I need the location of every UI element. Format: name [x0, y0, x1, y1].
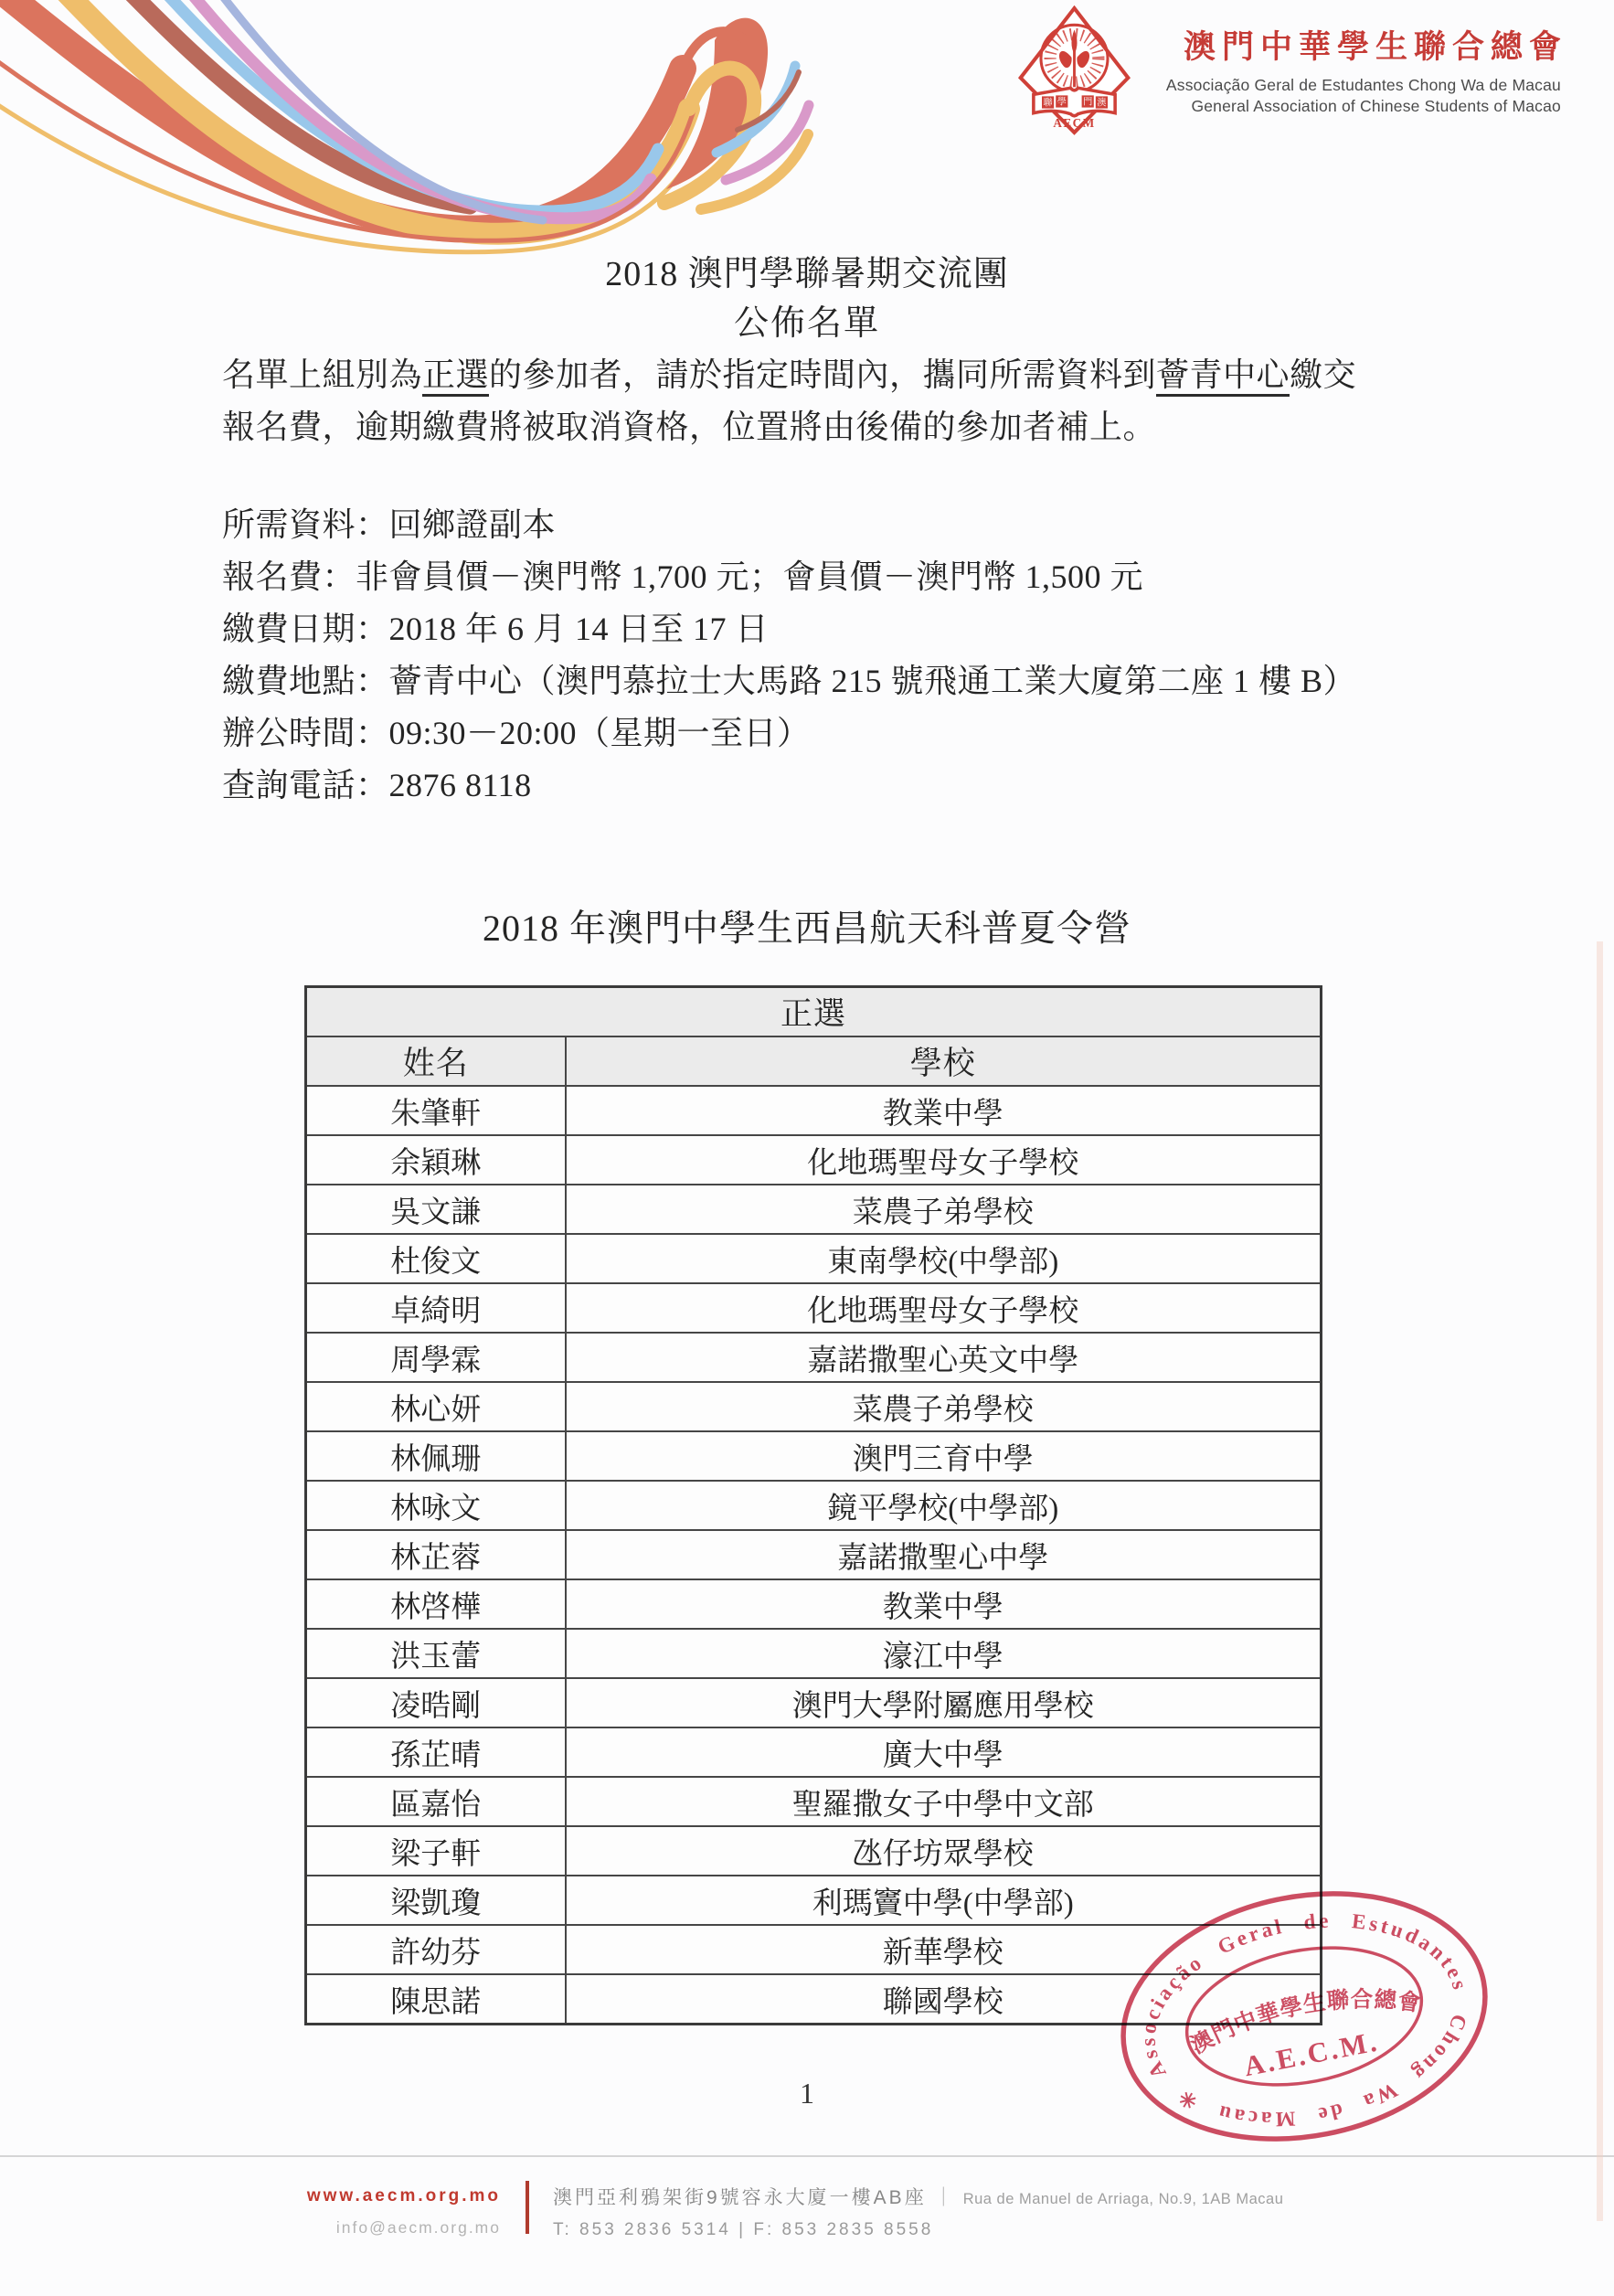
intro-text: 名單上組別為	[222, 356, 422, 393]
student-name-cell: 林咏文	[306, 1481, 566, 1530]
roster-table-container: 正選 姓名 學校 朱肇軒 教業中學 余穎琳 化地瑪聖母女子學校 吳文謙 菜農子弟…	[304, 985, 1322, 2025]
student-name-cell: 區嘉怡	[306, 1777, 566, 1826]
detail-office-hours: 辦公時間：09:30－20:00（星期一至日）	[222, 707, 1356, 760]
details-list: 所需資料：回鄉證副本 報名費：非會員價－澳門幣 1,700 元；會員價－澳門幣 …	[222, 499, 1356, 812]
footer-right-block: 澳門亞利鴉架街9號容永大廈一樓AB座｜Rua de Manuel de Arri…	[553, 2183, 1283, 2240]
detail-enquiry-phone: 查詢電話：2876 8118	[222, 760, 1356, 812]
footer-address-separator: ｜	[934, 2187, 956, 2208]
school-cell: 廣大中學	[566, 1727, 1322, 1777]
roster-row: 區嘉怡 聖羅撒女子中學中文部	[306, 1777, 1322, 1826]
detail-fee: 報名費：非會員價－澳門幣 1,700 元；會員價－澳門幣 1,500 元	[222, 551, 1356, 603]
scan-artifact-edge-strip	[1597, 941, 1603, 2221]
roster-row: 林咏文 鏡平學校(中學部)	[306, 1481, 1322, 1530]
roster-row: 梁子軒 氹仔坊眾學校	[306, 1826, 1322, 1876]
school-cell: 化地瑪聖母女子學校	[566, 1135, 1322, 1185]
roster-row: 林芷蓉 嘉諾撒聖心中學	[306, 1530, 1322, 1579]
school-cell: 澳門大學附屬應用學校	[566, 1678, 1322, 1727]
document-page: 聯 學 門 澳 AECM 澳門中華學生聯合總會 Associação Geral…	[0, 0, 1614, 2296]
roster-row: 余穎琳 化地瑪聖母女子學校	[306, 1135, 1322, 1185]
student-name-cell: 林芷蓉	[306, 1530, 566, 1579]
intro-line-1: 名單上組別為正選的參加者，請於指定時間內，攜同所需資料到薈青中心繳交	[222, 349, 1419, 401]
school-cell: 菜農子弟學校	[566, 1382, 1322, 1431]
school-cell: 濠江中學	[566, 1629, 1322, 1678]
school-cell: 嘉諾撒聖心中學	[566, 1530, 1322, 1579]
document-subtitle: 公佈名單	[0, 294, 1614, 345]
student-name-cell: 朱肇軒	[306, 1086, 566, 1135]
student-name-cell: 林佩珊	[306, 1431, 566, 1481]
roster-row: 林佩珊 澳門三育中學	[306, 1431, 1322, 1481]
intro-text: 繳交	[1290, 356, 1356, 393]
decorative-ribbons-graphic	[0, 0, 826, 272]
school-cell: 菜農子弟學校	[566, 1185, 1322, 1234]
detail-payment-location: 繳費地點：薈青中心（澳門慕拉士大馬路 215 號飛通工業大廈第二座 1 樓 B）	[222, 655, 1356, 707]
student-name-cell: 梁凱瓊	[306, 1876, 566, 1925]
intro-text: 的參加者，請於指定時間內，攜同所需資料到	[489, 356, 1156, 393]
student-name-cell: 凌晧剛	[306, 1678, 566, 1727]
school-cell: 教業中學	[566, 1086, 1322, 1135]
school-cell: 聖羅撒女子中學中文部	[566, 1777, 1322, 1826]
table-group-header-row: 正選	[306, 987, 1322, 1037]
school-cell: 鏡平學校(中學部)	[566, 1481, 1322, 1530]
footer-left-block: www.aecm.org.mo info@aecm.org.mo	[0, 2186, 501, 2238]
student-name-cell: 杜俊文	[306, 1234, 566, 1283]
roster-table-body: 朱肇軒 教業中學 余穎琳 化地瑪聖母女子學校 吳文謙 菜農子弟學校 杜俊文 東南…	[306, 1086, 1322, 2025]
footer-address-line: 澳門亞利鴉架街9號容永大廈一樓AB座｜Rua de Manuel de Arri…	[553, 2183, 1283, 2210]
scan-artifact-line	[0, 2155, 1614, 2157]
student-name-cell: 梁子軒	[306, 1826, 566, 1876]
school-cell: 教業中學	[566, 1579, 1322, 1629]
roster-row: 朱肇軒 教業中學	[306, 1086, 1322, 1135]
roster-row: 卓綺明 化地瑪聖母女子學校	[306, 1283, 1322, 1333]
student-name-cell: 孫芷晴	[306, 1727, 566, 1777]
document-title: 2018 澳門學聯暑期交流團	[0, 245, 1614, 295]
student-name-cell: 余穎琳	[306, 1135, 566, 1185]
aecm-logo: 聯 學 門 澳 AECM	[1016, 5, 1133, 135]
org-name-block: 澳門中華學生聯合總會 Associação Geral de Estudante…	[1166, 22, 1561, 116]
student-name-cell: 吳文謙	[306, 1185, 566, 1234]
svg-text:學: 學	[1057, 97, 1067, 108]
svg-text:聯: 聯	[1044, 98, 1054, 109]
roster-row: 林啓樺 教業中學	[306, 1579, 1322, 1629]
intro-line-2: 報名費，逾期繳費將被取消資格，位置將由後備的參加者補上。	[222, 401, 1419, 453]
group-header-cell: 正選	[306, 987, 1322, 1037]
school-cell: 東南學校(中學部)	[566, 1234, 1322, 1283]
footer-divider	[526, 2181, 529, 2234]
footer-phone-line: T: 853 2836 5314 | F: 853 2835 8558	[553, 2220, 1283, 2240]
roster-row: 林心妍 菜農子弟學校	[306, 1382, 1322, 1431]
roster-row: 吳文謙 菜農子弟學校	[306, 1185, 1322, 1234]
student-name-cell: 周學霖	[306, 1333, 566, 1382]
logo-acronym-text: AECM	[1053, 116, 1095, 130]
student-name-cell: 卓綺明	[306, 1283, 566, 1333]
intro-underlined-huiqing-center: 薈青中心	[1156, 356, 1290, 397]
footer-email-link[interactable]: info@aecm.org.mo	[0, 2218, 501, 2238]
table-column-header-row: 姓名 學校	[306, 1036, 1322, 1086]
intro-paragraph: 名單上組別為正選的參加者，請於指定時間內，攜同所需資料到薈青中心繳交 報名費，逾…	[222, 349, 1419, 453]
school-cell: 澳門三育中學	[566, 1431, 1322, 1481]
student-name-cell: 洪玉蕾	[306, 1629, 566, 1678]
roster-row: 洪玉蕾 濠江中學	[306, 1629, 1322, 1678]
svg-text:澳: 澳	[1097, 97, 1106, 109]
roster-row: 孫芷晴 廣大中學	[306, 1727, 1322, 1777]
roster-row: 杜俊文 東南學校(中學部)	[306, 1234, 1322, 1283]
camp-section-title: 2018 年澳門中學生西昌航天科普夏令營	[0, 899, 1614, 951]
org-name-chinese: 澳門中華學生聯合總會	[1166, 22, 1567, 68]
footer-website-link[interactable]: www.aecm.org.mo	[0, 2186, 501, 2206]
student-name-cell: 陳思諾	[306, 1974, 566, 2025]
column-header-school: 學校	[566, 1036, 1322, 1086]
org-name-english: General Association of Chinese Students …	[1166, 97, 1561, 116]
student-name-cell: 許幼芬	[306, 1925, 566, 1974]
footer-address-english: Rua de Manuel de Arriaga, No.9, 1AB Maca…	[963, 2191, 1284, 2207]
stamp-acronym: A.E.C.M.	[1241, 2025, 1382, 2082]
intro-underlined-zhengxuan: 正選	[422, 356, 489, 397]
detail-required-documents: 所需資料：回鄉證副本	[222, 499, 1356, 551]
school-cell: 氹仔坊眾學校	[566, 1826, 1322, 1876]
roster-table: 正選 姓名 學校 朱肇軒 教業中學 余穎琳 化地瑪聖母女子學校 吳文謙 菜農子弟…	[304, 985, 1322, 2025]
student-name-cell: 林啓樺	[306, 1579, 566, 1629]
student-name-cell: 林心妍	[306, 1382, 566, 1431]
roster-row: 周學霖 嘉諾撒聖心英文中學	[306, 1333, 1322, 1382]
roster-row: 凌晧剛 澳門大學附屬應用學校	[306, 1678, 1322, 1727]
school-cell: 化地瑪聖母女子學校	[566, 1283, 1322, 1333]
footer-address-chinese: 澳門亞利鴉架街9號容永大廈一樓AB座	[553, 2187, 927, 2208]
school-cell: 嘉諾撒聖心英文中學	[566, 1333, 1322, 1382]
detail-payment-date: 繳費日期：2018 年 6 月 14 日至 17 日	[222, 603, 1356, 655]
column-header-name: 姓名	[306, 1036, 566, 1086]
svg-text:門: 門	[1083, 97, 1092, 108]
org-name-portuguese: Associação Geral de Estudantes Chong Wa …	[1166, 76, 1561, 95]
